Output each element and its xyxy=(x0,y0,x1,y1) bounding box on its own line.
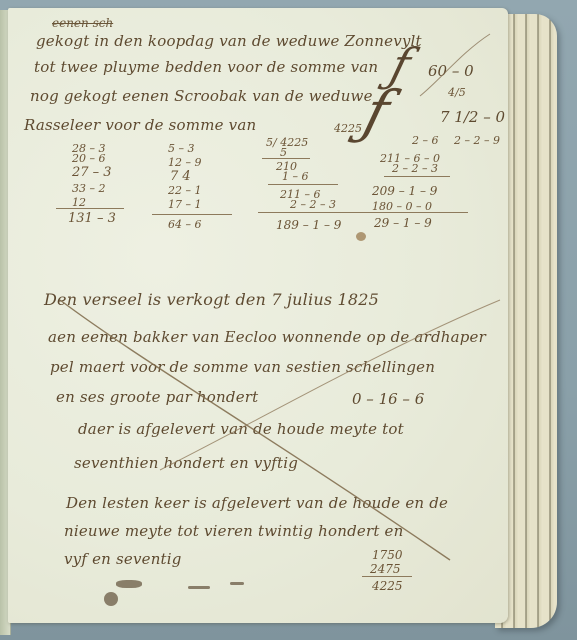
calc4-rule-2 xyxy=(358,212,468,213)
lower-line-6: seventhien hondert en vyftig xyxy=(74,454,298,472)
calc4-row-3: 209 – 1 – 9 xyxy=(372,184,437,198)
calc3-row-2: 1 – 6 xyxy=(282,170,309,184)
price-amount: 0 – 16 – 6 xyxy=(352,390,424,408)
calc2-row-2: 12 – 9 xyxy=(168,156,202,170)
calc2-total: 64 – 6 xyxy=(168,218,202,232)
calc4-total: 29 – 1 – 9 xyxy=(374,216,432,230)
calc1-row-2: 20 – 6 xyxy=(72,152,106,166)
calc1-rule xyxy=(56,208,124,209)
calc4-top-right: 2 – 2 – 9 xyxy=(454,134,500,148)
upper-line-1: gekogt in den koopdag van de weduwe Zonn… xyxy=(36,32,422,50)
lower-line-4: en ses groote par hondert xyxy=(56,388,258,406)
calc2-rule xyxy=(152,214,232,215)
ink-stain-3 xyxy=(188,586,210,589)
calc1-total: 131 – 3 xyxy=(68,212,116,226)
calc4-row-2: 2 – 2 – 3 xyxy=(392,162,438,176)
ink-stain-4 xyxy=(230,582,244,585)
calc2-row-5: 17 – 1 xyxy=(168,198,202,212)
calc2-row-3: 7 4 xyxy=(170,170,191,184)
calc3-row-4: 2 – 2 – 3 xyxy=(290,198,336,212)
lower-line-7: Den lesten keer is afgelevert van de hou… xyxy=(66,494,448,512)
calc1-row-3: 27 – 3 xyxy=(72,166,112,180)
struck-heading: eenen sch xyxy=(52,16,113,30)
ink-stain-1 xyxy=(116,580,142,588)
upper-line-2: tot twee pluyme bedden voor de somme van xyxy=(34,58,378,76)
calc1-row-4: 33 – 2 xyxy=(72,182,106,196)
sum-rule xyxy=(362,576,412,577)
upper-line-4: Rasseleer voor de somme van xyxy=(24,116,256,134)
amount-7: 7 1/2 – 0 xyxy=(440,108,505,126)
sum-row-2: 2475 xyxy=(370,562,401,576)
upper-line-3: nog gekogt eenen Scroobak van de weduwe xyxy=(30,87,373,105)
calc4-top-left: 2 – 6 xyxy=(412,134,439,148)
sum-row-1: 1750 xyxy=(372,548,403,562)
lower-line-2: aen eenen bakker van Eecloo wonnende op … xyxy=(48,328,486,346)
ink-stain-2 xyxy=(104,592,118,606)
ink-blot xyxy=(356,232,366,241)
calc2-row-1: 5 – 3 xyxy=(168,142,195,156)
calc3-rule xyxy=(268,184,338,185)
calc3-total: 189 – 1 – 9 xyxy=(276,218,341,232)
lower-line-3: pel maert voor de somme van sestien sche… xyxy=(50,358,435,376)
note-4225: 4225 xyxy=(334,122,362,136)
lower-line-5: daer is afgelevert van de houde meyte to… xyxy=(78,420,404,438)
sum-total: 4225 xyxy=(372,579,403,593)
amount-60: 60 – 0 xyxy=(428,62,474,80)
lower-line-8: nieuwe meyte tot vieren twintig hondert … xyxy=(64,522,403,540)
lower-line-1: Den verseel is verkogt den 7 julius 1825 xyxy=(44,290,379,309)
fraction-note: 4/5 xyxy=(448,86,466,100)
calc2-row-4: 22 – 1 xyxy=(168,184,202,198)
calc3-header: 5/ 4225 xyxy=(266,136,308,150)
calc3-header-rule xyxy=(262,158,310,159)
calc4-rule-1 xyxy=(384,176,450,177)
lower-line-9: vyf en seventig xyxy=(64,550,182,568)
ledger-page: eenen sch gekogt in den koopdag van de w… xyxy=(8,8,508,623)
